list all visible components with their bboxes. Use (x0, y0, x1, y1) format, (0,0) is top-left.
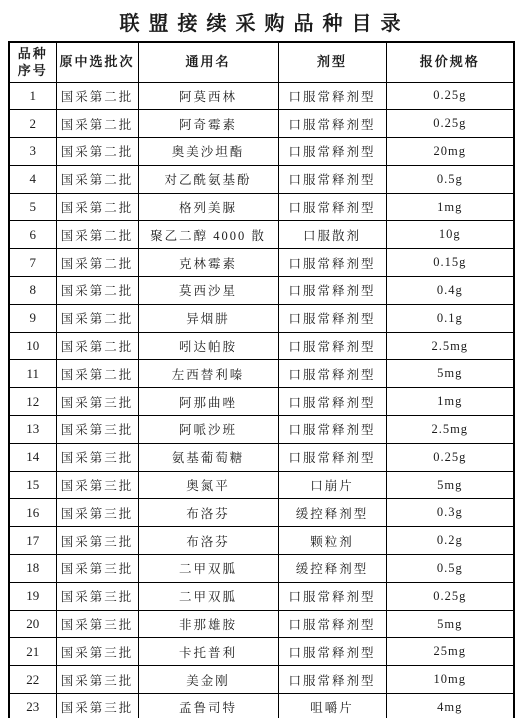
cell-no: 22 (9, 666, 56, 694)
cell-spec: 0.2g (386, 527, 514, 555)
header-dosage-form: 剂型 (278, 42, 386, 82)
cell-form: 口服常释剂型 (278, 610, 386, 638)
table-row: 23国采第三批孟鲁司特咀嚼片4mg (9, 694, 514, 718)
table-row: 4国采第二批对乙酰氨基酚口服常释剂型0.5g (9, 165, 514, 193)
cell-form: 口服常释剂型 (278, 416, 386, 444)
cell-no: 13 (9, 416, 56, 444)
cell-spec: 5mg (386, 610, 514, 638)
cell-no: 9 (9, 304, 56, 332)
header-variety-number: 品种序号 (9, 42, 56, 82)
cell-batch: 国采第二批 (56, 304, 138, 332)
table-row: 15国采第三批奥氮平口崩片5mg (9, 471, 514, 499)
cell-spec: 2.5mg (386, 332, 514, 360)
cell-name: 左西替利嗪 (138, 360, 278, 388)
cell-form: 口服常释剂型 (278, 638, 386, 666)
cell-batch: 国采第二批 (56, 193, 138, 221)
table-row: 13国采第三批阿哌沙班口服常释剂型2.5mg (9, 416, 514, 444)
cell-no: 16 (9, 499, 56, 527)
cell-name: 莫西沙星 (138, 277, 278, 305)
cell-no: 14 (9, 443, 56, 471)
cell-batch: 国采第三批 (56, 527, 138, 555)
table-row: 7国采第二批克林霉素口服常释剂型0.15g (9, 249, 514, 277)
table-row: 17国采第三批布洛芬颗粒剂0.2g (9, 527, 514, 555)
header-generic-name: 通用名 (138, 42, 278, 82)
cell-no: 5 (9, 193, 56, 221)
header-original-batch: 原中选批次 (56, 42, 138, 82)
cell-batch: 国采第二批 (56, 221, 138, 249)
table-row: 3国采第二批奥美沙坦酯口服常释剂型20mg (9, 138, 514, 166)
cell-spec: 0.25g (386, 443, 514, 471)
cell-form: 口服常释剂型 (278, 388, 386, 416)
cell-spec: 25mg (386, 638, 514, 666)
table-row: 21国采第三批卡托普利口服常释剂型25mg (9, 638, 514, 666)
cell-form: 颗粒剂 (278, 527, 386, 555)
cell-form: 口服常释剂型 (278, 360, 386, 388)
table-row: 1国采第二批阿莫西林口服常释剂型0.25g (9, 82, 514, 110)
cell-name: 阿奇霉素 (138, 110, 278, 138)
cell-spec: 4mg (386, 694, 514, 718)
header-row: 品种序号 原中选批次 通用名 剂型 报价规格 (9, 42, 514, 82)
cell-no: 11 (9, 360, 56, 388)
cell-spec: 0.5g (386, 555, 514, 583)
cell-name: 阿哌沙班 (138, 416, 278, 444)
cell-no: 8 (9, 277, 56, 305)
cell-form: 缓控释剂型 (278, 555, 386, 583)
table-header: 品种序号 原中选批次 通用名 剂型 报价规格 (9, 42, 514, 82)
cell-spec: 0.15g (386, 249, 514, 277)
cell-form: 口服常释剂型 (278, 138, 386, 166)
cell-no: 15 (9, 471, 56, 499)
table-row: 6国采第二批聚乙二醇 4000 散口服散剂10g (9, 221, 514, 249)
cell-spec: 20mg (386, 138, 514, 166)
cell-name: 布洛芬 (138, 527, 278, 555)
cell-name: 孟鲁司特 (138, 694, 278, 718)
cell-no: 19 (9, 582, 56, 610)
table-row: 14国采第三批氨基葡萄糖口服常释剂型0.25g (9, 443, 514, 471)
cell-name: 异烟肼 (138, 304, 278, 332)
cell-spec: 5mg (386, 471, 514, 499)
cell-no: 3 (9, 138, 56, 166)
cell-name: 阿莫西林 (138, 82, 278, 110)
cell-no: 12 (9, 388, 56, 416)
cell-batch: 国采第二批 (56, 277, 138, 305)
cell-batch: 国采第三批 (56, 416, 138, 444)
cell-batch: 国采第三批 (56, 694, 138, 718)
cell-spec: 0.25g (386, 82, 514, 110)
cell-spec: 10mg (386, 666, 514, 694)
cell-batch: 国采第三批 (56, 555, 138, 583)
cell-no: 7 (9, 249, 56, 277)
cell-batch: 国采第三批 (56, 388, 138, 416)
cell-form: 缓控释剂型 (278, 499, 386, 527)
cell-name: 奥美沙坦酯 (138, 138, 278, 166)
cell-batch: 国采第三批 (56, 443, 138, 471)
table-row: 12国采第三批阿那曲唑口服常释剂型1mg (9, 388, 514, 416)
cell-spec: 0.1g (386, 304, 514, 332)
cell-batch: 国采第二批 (56, 360, 138, 388)
cell-spec: 5mg (386, 360, 514, 388)
cell-form: 口服常释剂型 (278, 82, 386, 110)
table-row: 10国采第二批吲达帕胺口服常释剂型2.5mg (9, 332, 514, 360)
cell-spec: 0.4g (386, 277, 514, 305)
cell-spec: 1mg (386, 193, 514, 221)
cell-no: 4 (9, 165, 56, 193)
cell-form: 口服散剂 (278, 221, 386, 249)
table-row: 5国采第二批格列美脲口服常释剂型1mg (9, 193, 514, 221)
table-row: 18国采第三批二甲双胍缓控释剂型0.5g (9, 555, 514, 583)
cell-spec: 0.3g (386, 499, 514, 527)
cell-batch: 国采第二批 (56, 82, 138, 110)
cell-form: 口服常释剂型 (278, 249, 386, 277)
cell-batch: 国采第三批 (56, 471, 138, 499)
cell-name: 美金刚 (138, 666, 278, 694)
cell-form: 口崩片 (278, 471, 386, 499)
cell-form: 口服常释剂型 (278, 277, 386, 305)
cell-name: 聚乙二醇 4000 散 (138, 221, 278, 249)
cell-name: 卡托普利 (138, 638, 278, 666)
cell-form: 咀嚼片 (278, 694, 386, 718)
cell-no: 1 (9, 82, 56, 110)
cell-batch: 国采第三批 (56, 582, 138, 610)
header-quote-spec: 报价规格 (386, 42, 514, 82)
cell-name: 克林霉素 (138, 249, 278, 277)
cell-no: 20 (9, 610, 56, 638)
cell-spec: 0.25g (386, 582, 514, 610)
table-row: 2国采第二批阿奇霉素口服常释剂型0.25g (9, 110, 514, 138)
cell-form: 口服常释剂型 (278, 582, 386, 610)
cell-batch: 国采第三批 (56, 499, 138, 527)
cell-name: 二甲双胍 (138, 555, 278, 583)
cell-form: 口服常释剂型 (278, 304, 386, 332)
table-row: 22国采第三批美金刚口服常释剂型10mg (9, 666, 514, 694)
cell-form: 口服常释剂型 (278, 443, 386, 471)
cell-spec: 2.5mg (386, 416, 514, 444)
table-row: 19国采第三批二甲双胍口服常释剂型0.25g (9, 582, 514, 610)
table-body: 1国采第二批阿莫西林口服常释剂型0.25g2国采第二批阿奇霉素口服常释剂型0.2… (9, 82, 514, 718)
table-row: 9国采第二批异烟肼口服常释剂型0.1g (9, 304, 514, 332)
cell-name: 二甲双胍 (138, 582, 278, 610)
cell-name: 阿那曲唑 (138, 388, 278, 416)
table-row: 16国采第三批布洛芬缓控释剂型0.3g (9, 499, 514, 527)
cell-batch: 国采第二批 (56, 332, 138, 360)
cell-batch: 国采第三批 (56, 610, 138, 638)
cell-name: 非那雄胺 (138, 610, 278, 638)
cell-form: 口服常释剂型 (278, 193, 386, 221)
cell-spec: 0.25g (386, 110, 514, 138)
document-page: 联盟接续采购品种目录 品种序号 原中选批次 通用名 剂型 报价规格 1国采第二批… (0, 7, 520, 718)
cell-batch: 国采第二批 (56, 165, 138, 193)
cell-spec: 1mg (386, 388, 514, 416)
table-row: 20国采第三批非那雄胺口服常释剂型5mg (9, 610, 514, 638)
cell-name: 格列美脲 (138, 193, 278, 221)
cell-form: 口服常释剂型 (278, 110, 386, 138)
cell-name: 布洛芬 (138, 499, 278, 527)
table-row: 11国采第二批左西替利嗪口服常释剂型5mg (9, 360, 514, 388)
table-row: 8国采第二批莫西沙星口服常释剂型0.4g (9, 277, 514, 305)
cell-spec: 0.5g (386, 165, 514, 193)
cell-batch: 国采第三批 (56, 638, 138, 666)
cell-batch: 国采第二批 (56, 110, 138, 138)
cell-no: 23 (9, 694, 56, 718)
cell-batch: 国采第二批 (56, 138, 138, 166)
cell-no: 6 (9, 221, 56, 249)
cell-no: 2 (9, 110, 56, 138)
cell-name: 吲达帕胺 (138, 332, 278, 360)
cell-batch: 国采第二批 (56, 249, 138, 277)
cell-spec: 10g (386, 221, 514, 249)
cell-form: 口服常释剂型 (278, 165, 386, 193)
procurement-catalog-table: 品种序号 原中选批次 通用名 剂型 报价规格 1国采第二批阿莫西林口服常释剂型0… (8, 41, 515, 718)
cell-name: 奥氮平 (138, 471, 278, 499)
cell-no: 10 (9, 332, 56, 360)
cell-no: 21 (9, 638, 56, 666)
cell-batch: 国采第三批 (56, 666, 138, 694)
cell-no: 17 (9, 527, 56, 555)
cell-name: 氨基葡萄糖 (138, 443, 278, 471)
cell-form: 口服常释剂型 (278, 666, 386, 694)
page-title: 联盟接续采购品种目录 (0, 7, 520, 36)
cell-no: 18 (9, 555, 56, 583)
cell-form: 口服常释剂型 (278, 332, 386, 360)
cell-name: 对乙酰氨基酚 (138, 165, 278, 193)
